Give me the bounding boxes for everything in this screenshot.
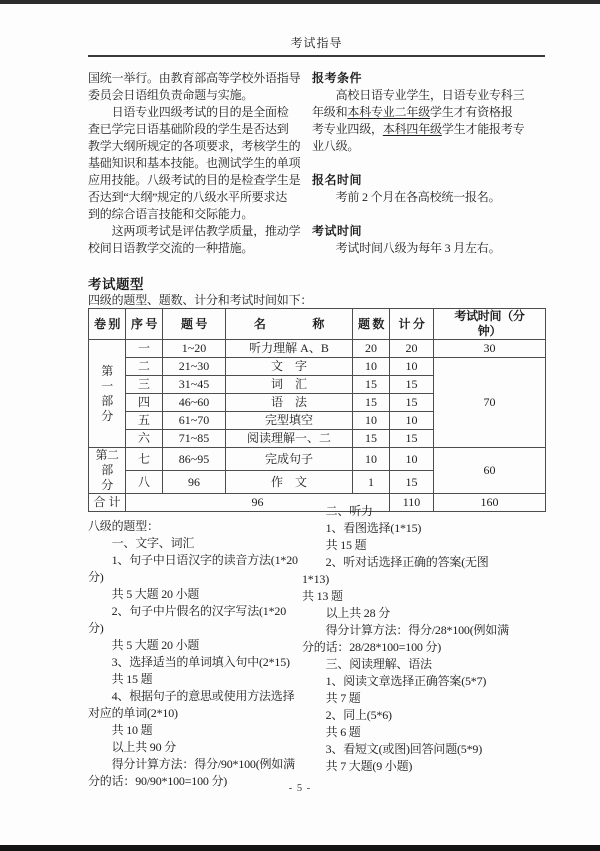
text-line: 考前 2 个月在各高校统一报名。 bbox=[312, 189, 552, 206]
text-line: 3、选择适当的单词填入句中(2*15) bbox=[88, 654, 328, 671]
text-line bbox=[312, 155, 552, 172]
cell-range: 96 bbox=[163, 471, 226, 494]
cell-count: 15 bbox=[353, 430, 390, 448]
document-page: 考试指导 国统一举行。由教育部高等学校外语指导委员会日语组负责命题与实施。 日语… bbox=[0, 0, 600, 851]
text-segment: 学生才能报考专 bbox=[442, 122, 525, 136]
table-row: 第二部 分 七 86~95 完成句子 10 10 60 bbox=[89, 448, 546, 471]
level8-right-column: 二、听力 1、看图选择(1*15) 共 15 题 2、听对话选择正确的答案(无图… bbox=[302, 503, 554, 775]
text-line: 教学大纲所规定的各项要求，考核学生的 bbox=[88, 138, 328, 155]
cell-range: 46~60 bbox=[163, 394, 226, 412]
text-line: 2、句子中片假名的汉字写法(1*20 bbox=[88, 603, 328, 620]
underlined-text: 本科四年级 bbox=[383, 122, 442, 136]
cell-range: 71~85 bbox=[163, 430, 226, 448]
cell-score: 20 bbox=[390, 340, 434, 358]
table-row: 二 21~30 文 字 10 10 70 bbox=[89, 358, 546, 376]
text-line: 高校日语专业学生，日语专业专科三 bbox=[312, 87, 552, 104]
text-line: 考试时间八级为每年 3 月左右。 bbox=[312, 240, 552, 257]
text-line: 1、阅读文章选择正确答案(5*7) bbox=[302, 673, 554, 690]
text-line: 以上共 90 分 bbox=[88, 739, 328, 756]
cell-range: 61~70 bbox=[163, 412, 226, 430]
text-line: 分) bbox=[88, 620, 328, 637]
cell-count: 10 bbox=[353, 358, 390, 376]
cell-count: 10 bbox=[353, 412, 390, 430]
running-head: 考试指导 bbox=[88, 36, 545, 50]
text-line: 4、根据句子的意思或使用方法选择 bbox=[88, 688, 328, 705]
section-subtitle: 四级的题型、题数、计分和考试时间如下： bbox=[88, 291, 312, 308]
text-line bbox=[312, 206, 552, 223]
text-line: 到的综合语言技能和交际能力。 bbox=[88, 206, 328, 223]
header-rule bbox=[88, 55, 545, 57]
cell-no: 三 bbox=[126, 376, 163, 394]
cell-name: 作 文 bbox=[226, 471, 353, 494]
cell-score: 15 bbox=[390, 430, 434, 448]
scan-edge-top bbox=[0, 0, 600, 4]
intro-left-column: 国统一举行。由教育部高等学校外语指导委员会日语组负责命题与实施。 日语专业四级考… bbox=[88, 70, 328, 257]
col-header-count: 题 数 bbox=[353, 309, 390, 340]
text-line: 分的话：28/28*100=100 分) bbox=[302, 639, 554, 656]
text-line: 八级的题型： bbox=[88, 518, 328, 535]
exam-structure-table: 卷 别 序 号 题 号 名 称 题 数 计 分 考试时间（分 钟） 第一部分 一… bbox=[88, 308, 546, 512]
cell-name: 文 字 bbox=[226, 358, 353, 376]
text-line: 基础知识和基本技能。也测试学生的单项 bbox=[88, 155, 328, 172]
col-header-range: 题 号 bbox=[163, 309, 226, 340]
cell-score: 15 bbox=[390, 376, 434, 394]
text-line: 共 5 大题 20 小题 bbox=[88, 586, 328, 603]
cell-no: 四 bbox=[126, 394, 163, 412]
text-line: 分) bbox=[88, 569, 328, 586]
text-line: 共 7 大题(9 小题) bbox=[302, 758, 554, 775]
text-line: 1*13) bbox=[302, 571, 554, 588]
part1-cell: 第一部分 bbox=[89, 340, 126, 448]
cell-score: 10 bbox=[390, 412, 434, 430]
page-number: - 5 - bbox=[0, 783, 600, 794]
cell-time: 30 bbox=[434, 340, 546, 358]
cell-no: 二 bbox=[126, 358, 163, 376]
text-line: 考专业四级，本科四年级学生才能报考专 bbox=[312, 121, 552, 138]
text-line: 共 6 题 bbox=[302, 724, 554, 741]
text-line: 2、听对话选择正确的答案(无图 bbox=[302, 554, 554, 571]
cell-count: 15 bbox=[353, 394, 390, 412]
text-line: 报考条件 bbox=[312, 70, 552, 87]
cell-no: 七 bbox=[126, 448, 163, 471]
total-label: 合 计 bbox=[89, 494, 126, 512]
text-line: 查已学完日语基础阶段的学生是否达到 bbox=[88, 121, 328, 138]
cell-name: 听力理解 A、B bbox=[226, 340, 353, 358]
text-line: 3、看短文(或图)回答问题(5*9) bbox=[302, 741, 554, 758]
cell-count: 20 bbox=[353, 340, 390, 358]
cell-range: 21~30 bbox=[163, 358, 226, 376]
cell-range: 31~45 bbox=[163, 376, 226, 394]
level8-left-column: 八级的题型： 一、文字、词汇 1、句子中日语汉字的读音方法(1*20分) 共 5… bbox=[88, 518, 328, 790]
text-line: 得分计算方法：得分/90*100(例如满 bbox=[88, 756, 328, 773]
cell-no: 八 bbox=[126, 471, 163, 494]
cell-score: 10 bbox=[390, 358, 434, 376]
cell-name: 语 法 bbox=[226, 394, 353, 412]
col-header-time: 考试时间（分 钟） bbox=[434, 309, 546, 340]
text-line: 报名时间 bbox=[312, 172, 552, 189]
text-line: 共 15 题 bbox=[88, 671, 328, 688]
col-header-part: 卷 别 bbox=[89, 309, 126, 340]
text-line: 考试时间 bbox=[312, 223, 552, 240]
cell-time-merged: 70 bbox=[434, 358, 546, 448]
cell-no: 五 bbox=[126, 412, 163, 430]
text-segment: 考专业四级， bbox=[312, 122, 383, 136]
text-line: 校间日语教学交流的一种措施。 bbox=[88, 240, 328, 257]
intro-right-column: 报考条件 高校日语专业学生，日语专业专科三年级和本科专业二年级学生才有资格报考专… bbox=[312, 70, 552, 257]
cell-range: 1~20 bbox=[163, 340, 226, 358]
underlined-text: 本科专业二年级 bbox=[347, 105, 430, 119]
col-header-score: 计 分 bbox=[390, 309, 434, 340]
text-line: 得分计算方法：得分/28*100(例如满 bbox=[302, 622, 554, 639]
text-line: 二、听力 bbox=[302, 503, 554, 520]
text-line: 国统一举行。由教育部高等学校外语指导 bbox=[88, 70, 328, 87]
text-line: 共 10 题 bbox=[88, 722, 328, 739]
cell-name: 完成句子 bbox=[226, 448, 353, 471]
cell-time-merged: 60 bbox=[434, 448, 546, 494]
table-row: 第一部分 一 1~20 听力理解 A、B 20 20 30 bbox=[89, 340, 546, 358]
cell-no: 六 bbox=[126, 430, 163, 448]
text-line: 委员会日语组负责命题与实施。 bbox=[88, 87, 328, 104]
scan-edge-bottom bbox=[0, 845, 600, 851]
cell-score: 15 bbox=[390, 394, 434, 412]
text-line: 这两项考试是评估教学质量，推动学 bbox=[88, 223, 328, 240]
text-line: 共 5 大题 20 小题 bbox=[88, 637, 328, 654]
part2-cell: 第二部 分 bbox=[89, 448, 126, 494]
cell-range: 86~95 bbox=[163, 448, 226, 471]
cell-count: 1 bbox=[353, 471, 390, 494]
col-header-no: 序 号 bbox=[126, 309, 163, 340]
text-line: 1、看图选择(1*15) bbox=[302, 520, 554, 537]
text-line: 三、阅读理解、语法 bbox=[302, 656, 554, 673]
cell-count: 15 bbox=[353, 376, 390, 394]
text-segment: 学生才有资格报 bbox=[430, 105, 513, 119]
text-line: 日语专业四级考试的目的是全面检 bbox=[88, 104, 328, 121]
cell-no: 一 bbox=[126, 340, 163, 358]
text-line: 一、文字、词汇 bbox=[88, 535, 328, 552]
table-header-row: 卷 别 序 号 题 号 名 称 题 数 计 分 考试时间（分 钟） bbox=[89, 309, 546, 340]
text-line: 年级和本科专业二年级学生才有资格报 bbox=[312, 104, 552, 121]
cell-score: 10 bbox=[390, 448, 434, 471]
text-line: 以上共 28 分 bbox=[302, 605, 554, 622]
text-line: 对应的单词(2*10) bbox=[88, 705, 328, 722]
text-segment: 年级和 bbox=[312, 105, 347, 119]
section-title: 考试题型 bbox=[88, 273, 144, 293]
text-line: 否达到“大纲”规定的八级水平所要求达 bbox=[88, 189, 328, 206]
text-line: 2、同上(5*6) bbox=[302, 707, 554, 724]
text-line: 共 15 题 bbox=[302, 537, 554, 554]
cell-name: 完型填空 bbox=[226, 412, 353, 430]
text-line: 业八级。 bbox=[312, 138, 552, 155]
cell-name: 词 汇 bbox=[226, 376, 353, 394]
cell-score: 15 bbox=[390, 471, 434, 494]
cell-name: 阅读理解一、二 bbox=[226, 430, 353, 448]
text-line: 1、句子中日语汉字的读音方法(1*20 bbox=[88, 552, 328, 569]
text-line: 共 7 题 bbox=[302, 690, 554, 707]
text-line: 共 13 题 bbox=[302, 588, 554, 605]
cell-count: 10 bbox=[353, 448, 390, 471]
col-header-name: 名 称 bbox=[226, 309, 353, 340]
text-line: 应用技能。八级考试的目的是检查学生是 bbox=[88, 172, 328, 189]
